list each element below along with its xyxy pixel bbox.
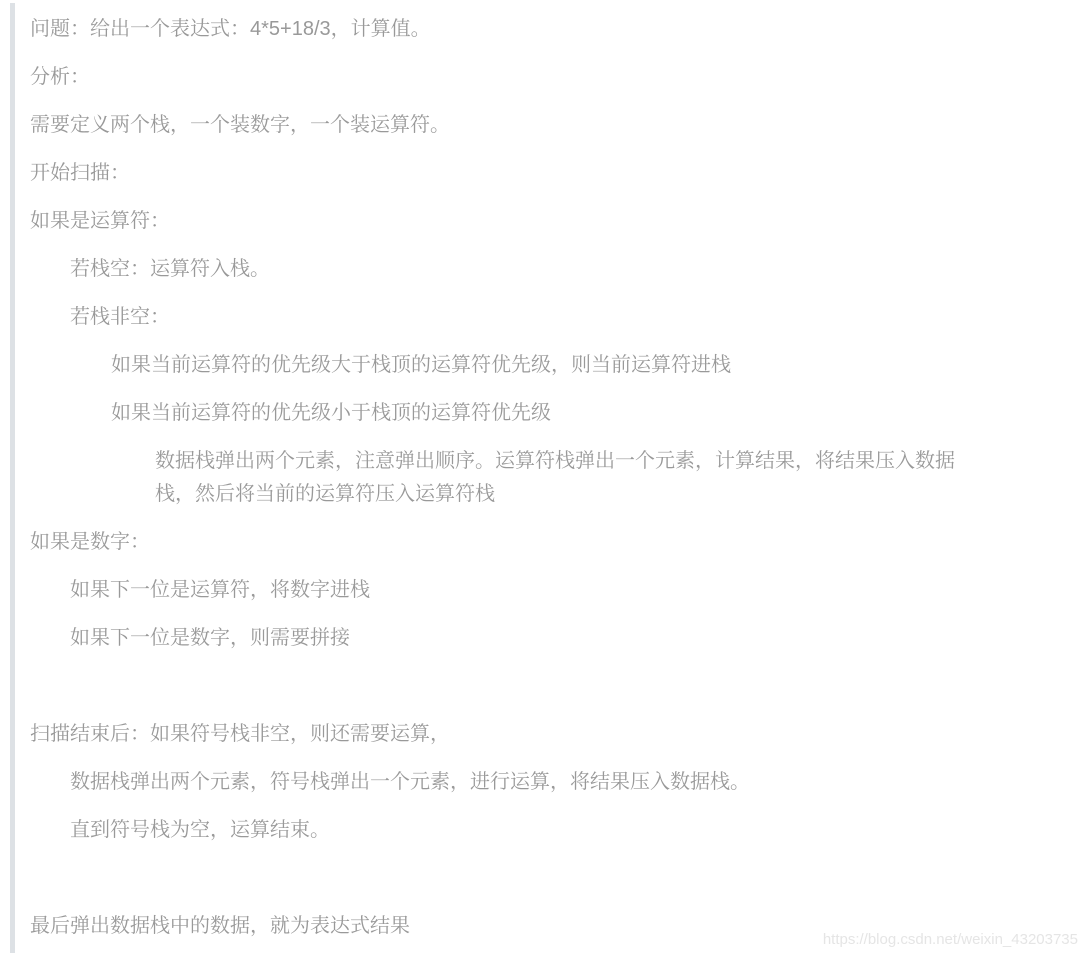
paragraph: 如果当前运算符的优先级大于栈顶的运算符优先级，则当前运算符进栈 [30,349,965,382]
paragraph: 如果下一位是数字，则需要拼接 [30,622,965,655]
paragraph: 若栈非空： [30,301,965,334]
paragraph: 开始扫描： [30,157,965,190]
paragraph: 需要定义两个栈，一个装数字，一个装运算符。 [30,109,965,142]
paragraph: 如果当前运算符的优先级小于栈顶的运算符优先级 [30,397,965,430]
blog-content-area: 问题：给出一个表达式：4*5+18/3，计算值。 分析： 需要定义两个栈，一个装… [0,3,1087,958]
paragraph: 数据栈弹出两个元素，符号栈弹出一个元素，进行运算，将结果压入数据栈。 [30,766,965,799]
paragraph: 如果下一位是运算符，将数字进栈 [30,574,965,607]
paragraph: 如果是数字： [30,526,965,559]
paragraph: 若栈空：运算符入栈。 [30,253,965,286]
paragraph: 如果是运算符： [30,205,965,238]
csdn-watermark: https://blog.csdn.net/weixin_43203735 [823,931,1078,949]
paragraph: 扫描结束后：如果符号栈非空，则还需要运算， [30,718,965,751]
blockquote: 问题：给出一个表达式：4*5+18/3，计算值。 分析： 需要定义两个栈，一个装… [10,3,965,953]
paragraph: 问题：给出一个表达式：4*5+18/3，计算值。 [30,13,965,46]
paragraph-blank [30,862,965,895]
paragraph: 分析： [30,61,965,94]
paragraph: 直到符号栈为空，运算结束。 [30,814,965,847]
paragraph-blank [30,670,965,703]
paragraph: 数据栈弹出两个元素，注意弹出顺序。运算符栈弹出一个元素，计算结果，将结果压入数据… [30,445,965,511]
